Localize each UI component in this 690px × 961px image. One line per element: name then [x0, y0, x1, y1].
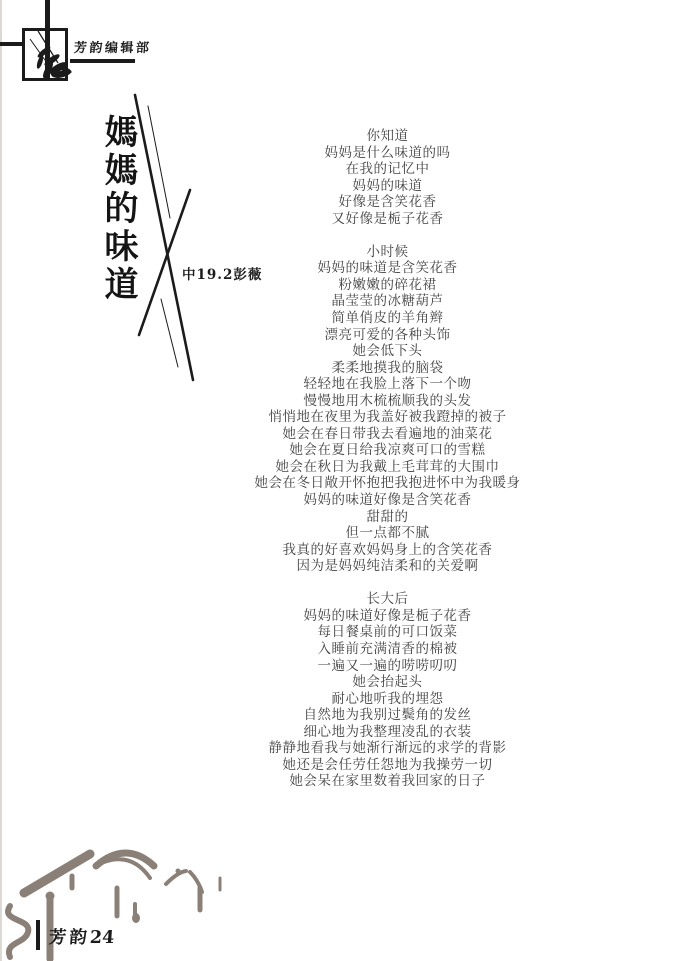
poem-line: 简单俏皮的羊角辫 — [85, 310, 690, 327]
footer-brand: 芳韵 — [48, 928, 90, 948]
poem-line: 好像是含笑花香 — [85, 194, 690, 211]
poem-line: 细心地为我整理凌乱的衣装 — [85, 724, 690, 741]
poem-line: 甜甜的 — [85, 509, 690, 526]
poem-line: 慢慢地用木梳梳顺我的头发 — [85, 393, 690, 410]
poem-body: 你知道妈妈是什么味道的吗在我的记忆中妈妈的味道好像是含笑花香又好像是栀子花香 小… — [85, 128, 690, 790]
poem-line: 又好像是栀子花香 — [85, 211, 690, 228]
footer: 芳韵24 — [48, 924, 115, 949]
poem-line: 她会在夏日给我凉爽可口的雪糕 — [85, 442, 690, 459]
poem-line: 小时候 — [85, 244, 690, 261]
poem-line: 粉嫩嫩的碎花裙 — [85, 277, 690, 294]
poem-line: 一遍又一遍的唠唠叨叨 — [85, 658, 690, 675]
poem-line: 妈妈的味道是含笑花香 — [85, 260, 690, 277]
brand-underline-rule — [70, 59, 135, 63]
footer-divider-bar — [36, 920, 40, 950]
poem-line: 自然地为我别过鬓角的发丝 — [85, 707, 690, 724]
poem-line: 妈妈的味道好像是栀子花香 — [85, 608, 690, 625]
poem-stanza-2: 小时候妈妈的味道是含笑花香粉嫩嫩的碎花裙晶莹莹的冰糖葫芦简单俏皮的羊角辫漂亮可爱… — [85, 244, 690, 575]
rooftops-illustration — [0, 838, 270, 961]
poem-stanza-3: 长大后妈妈的味道好像是栀子花香每日餐桌前的可口饭菜入睡前充满清香的棉被一遍又一遍… — [85, 591, 690, 790]
poem-line: 静静地看我与她渐行渐远的求学的背影 — [85, 740, 690, 757]
poem-line: 轻轻地在我脸上落下一个吻 — [85, 376, 690, 393]
poem-line: 妈妈的味道好像是含笑花香 — [85, 492, 690, 509]
poem-line: 每日餐桌前的可口饭菜 — [85, 624, 690, 641]
poem-line: 她会在冬日敞开怀抱把我抱进怀中为我暖身 — [85, 475, 690, 492]
magazine-page: 芳韵编辑部 媽媽的味道 中19.2彭薇 你知道妈妈是什么味道的吗在我的记忆中妈妈… — [0, 0, 690, 961]
poem-line: 她会在秋日为我戴上毛茸茸的大围巾 — [85, 459, 690, 476]
poem-line: 柔柔地摸我的脑袋 — [85, 360, 690, 377]
poem-line: 妈妈的味道 — [85, 178, 690, 195]
poem-line: 妈妈是什么味道的吗 — [85, 145, 690, 162]
logo-left-rule — [0, 42, 23, 46]
editorial-brand: 芳韵编辑部 — [73, 37, 194, 56]
poem-line: 她还是会任劳任怨地为我操劳一切 — [85, 757, 690, 774]
poem-line: 我真的好喜欢妈妈身上的含笑花香 — [85, 542, 690, 559]
poem-line: 晶莹莹的冰糖葫芦 — [85, 293, 690, 310]
poem-line: 在我的记忆中 — [85, 161, 690, 178]
poem-line: 入睡前充满清香的棉被 — [85, 641, 690, 658]
poem-line: 长大后 — [85, 591, 690, 608]
poem-line: 她会抬起头 — [85, 674, 690, 691]
bamboo-leaves-icon — [22, 28, 78, 84]
page-edge-line — [0, 0, 2, 961]
poem-line: 耐心地听我的埋怨 — [85, 691, 690, 708]
footer-page-number: 24 — [89, 928, 115, 948]
poem-line: 漂亮可爱的各种头饰 — [85, 327, 690, 344]
poem-line: 但一点都不腻 — [85, 525, 690, 542]
poem-line: 她会低下头 — [85, 343, 690, 360]
poem-stanza-1: 你知道妈妈是什么味道的吗在我的记忆中妈妈的味道好像是含笑花香又好像是栀子花香 — [85, 128, 690, 227]
poem-line: 因为是妈妈纯洁柔和的关爱啊 — [85, 558, 690, 575]
logo-vertical-rule — [45, 0, 50, 81]
poem-line: 悄悄地在夜里为我盖好被我蹬掉的被子 — [85, 409, 690, 426]
poem-line: 她会呆在家里数着我回家的日子 — [85, 773, 690, 790]
poem-line: 你知道 — [85, 128, 690, 145]
poem-line: 她会在春日带我去看遍地的油菜花 — [85, 426, 690, 443]
